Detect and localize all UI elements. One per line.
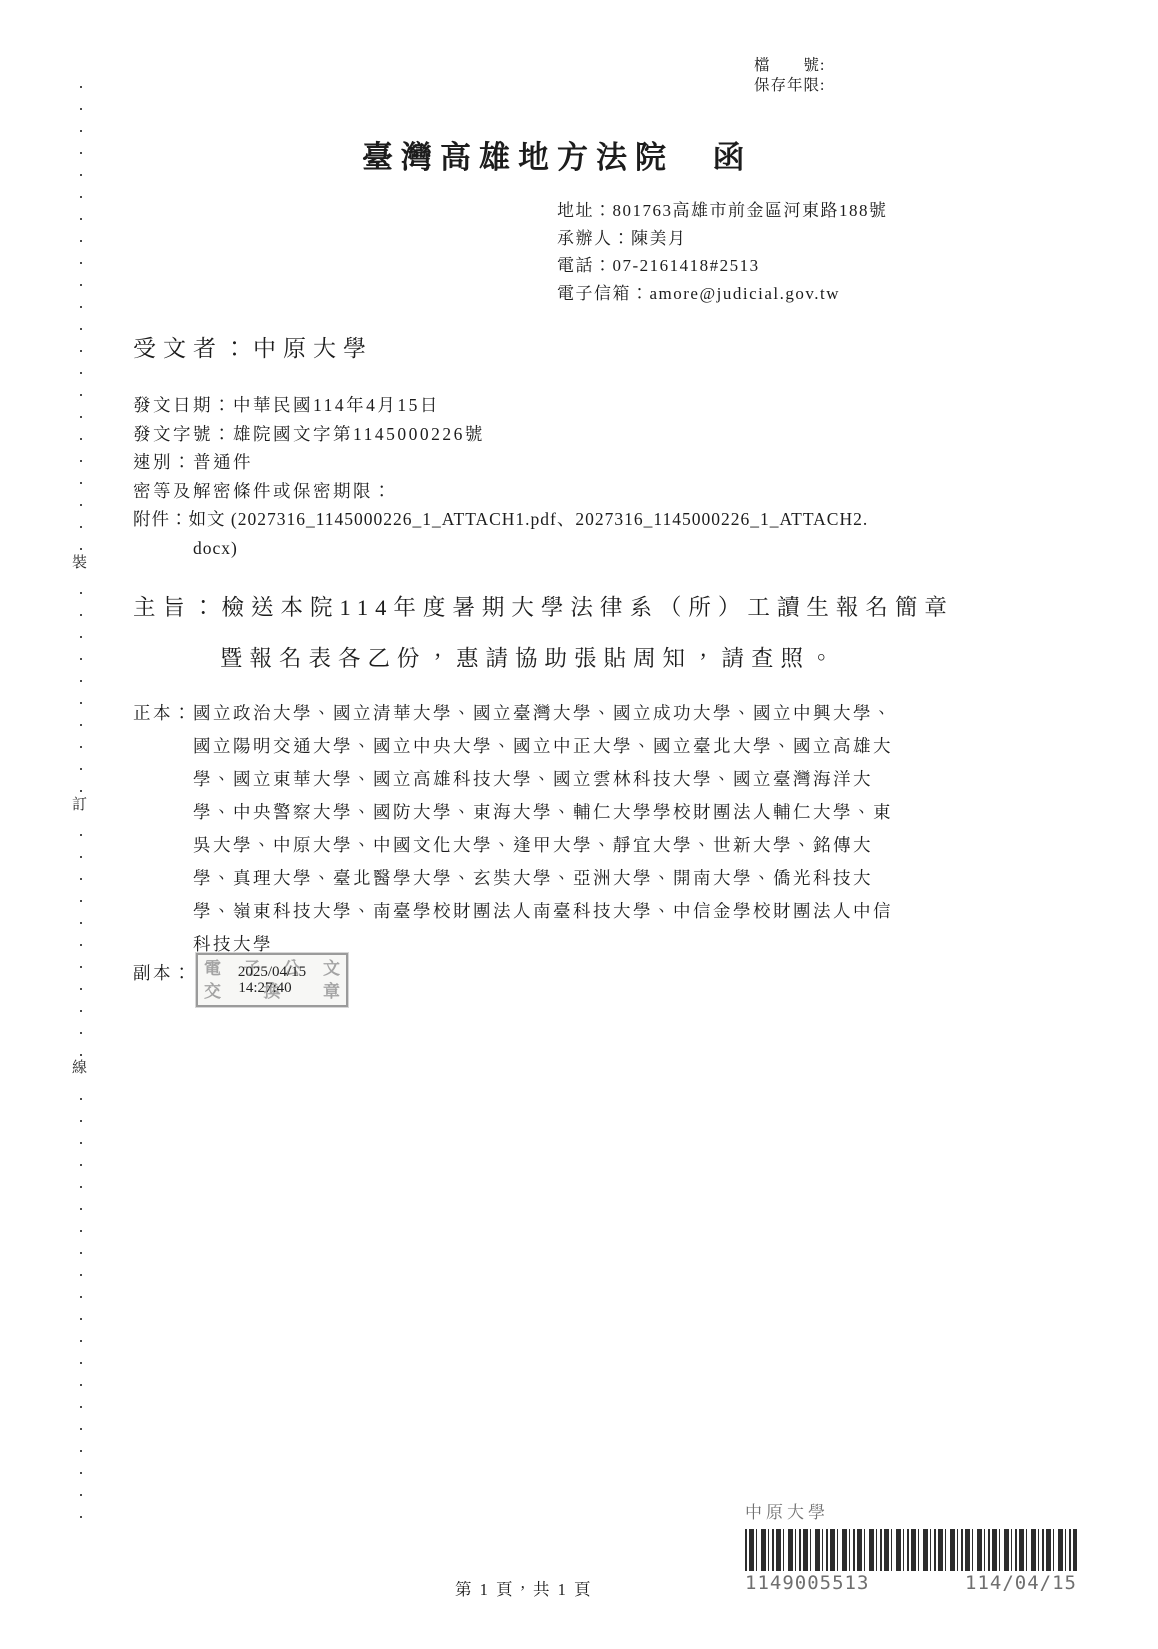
primary-recipient-line: 學、嶺東科技大學、南臺學校財團法人南臺科技大學、中信金學校財團法人中信	[193, 895, 893, 928]
officer-line: 承辦人：陳美月	[557, 225, 888, 253]
primary-recipient-line: 國立政治大學、國立清華大學、國立臺灣大學、國立成功大學、國立中興大學、	[193, 697, 893, 730]
dispatch-date-line: 發文日期：中華民國114年4月15日	[133, 391, 868, 420]
binding-mark-zhuang: 裝	[70, 553, 89, 574]
primary-recipient-line: 學、真理大學、臺北醫學大學、玄奘大學、亞洲大學、開南大學、僑光科技大	[193, 862, 893, 895]
stamp-datetime: 2025/04/15 14:27:40	[198, 955, 346, 1005]
binding-mark-xian: 線	[70, 1058, 89, 1079]
stamp-date: 2025/04/15	[238, 964, 306, 980]
security-line: 密等及解密條件或保密期限：	[133, 477, 868, 506]
dispatch-meta-block: 發文日期：中華民國114年4月15日 發文字號：雄院國文字第1145000226…	[133, 391, 868, 562]
e-document-exchange-stamp: 電子公文 交換章 2025/04/15 14:27:40	[196, 953, 348, 1007]
phone-line: 電話：07-2161418#2513	[557, 252, 888, 280]
subject-block: 主旨：檢送本院114年度暑期大學法律系（所）工讀生報名簡章 暨報名表各乙份，惠請…	[133, 582, 954, 684]
attachment-line-2: docx)	[133, 534, 868, 563]
address-line: 地址：801763高雄市前金區河東路188號	[557, 197, 888, 225]
copy-label: 副本：	[133, 960, 193, 985]
official-letter-page: 裝 訂 線 檔 號: 保存年限: 臺灣高雄地方法院 函 地址：801763高雄市…	[0, 0, 1158, 1649]
stamp-time: 14:27:40	[238, 980, 291, 996]
file-number-block: 檔 號: 保存年限:	[754, 56, 825, 96]
barcode-block: 中原大學 1149005513 114/04/15	[745, 1498, 1077, 1594]
subject-line-1: 主旨：檢送本院114年度暑期大學法律系（所）工讀生報名簡章	[133, 582, 954, 633]
speed-line: 速別：普通件	[133, 448, 868, 477]
primary-recipient-line: 國立陽明交通大學、國立中央大學、國立中正大學、國立臺北大學、國立高雄大	[193, 730, 893, 763]
page-title: 臺灣高雄地方法院 函	[0, 132, 1136, 177]
primary-recipients-lines: 國立政治大學、國立清華大學、國立臺灣大學、國立成功大學、國立中興大學、國立陽明交…	[193, 697, 893, 961]
primary-label: 正本：	[133, 697, 193, 730]
sender-contact-block: 地址：801763高雄市前金區河東路188號 承辦人：陳美月 電話：07-216…	[557, 197, 888, 307]
attachment-line-1: 附件：如文 (2027316_1145000226_1_ATTACH1.pdf、…	[133, 505, 868, 534]
barcode-date: 114/04/15	[965, 1572, 1077, 1594]
primary-recipient-line: 吳大學、中原大學、中國文化大學、逢甲大學、靜宜大學、世新大學、銘傳大	[193, 829, 893, 862]
barcode-number: 1149005513	[745, 1572, 869, 1594]
page-number-footer: 第 1 頁，共 1 頁	[455, 1576, 593, 1600]
retention-period-label: 保存年限:	[754, 76, 825, 96]
dispatch-number-line: 發文字號：雄院國文字第1145000226號	[133, 420, 868, 449]
primary-recipient-line: 學、中央警察大學、國防大學、東海大學、輔仁大學學校財團法人輔仁大學、東	[193, 796, 893, 829]
primary-recipient-line: 學、國立東華大學、國立高雄科技大學、國立雲林科技大學、國立臺灣海洋大	[193, 763, 893, 796]
barcode	[745, 1529, 1077, 1571]
barcode-recipient-label: 中原大學	[745, 1498, 1077, 1523]
primary-recipients-block: 正本： 國立政治大學、國立清華大學、國立臺灣大學、國立成功大學、國立中興大學、國…	[133, 697, 893, 961]
copy-recipients-block: 副本： 電子公文 交換章 2025/04/15 14:27:40	[133, 960, 348, 1007]
barcode-caption: 1149005513 114/04/15	[745, 1572, 1077, 1594]
file-no-label: 檔 號:	[754, 56, 825, 76]
binding-mark-ding: 訂	[70, 795, 89, 816]
email-line: 電子信箱：amore@judicial.gov.tw	[557, 280, 888, 308]
recipient-line: 受文者：中原大學	[133, 330, 373, 363]
subject-line-2: 暨報名表各乙份，惠請協助張貼周知，請查照。	[220, 633, 954, 684]
